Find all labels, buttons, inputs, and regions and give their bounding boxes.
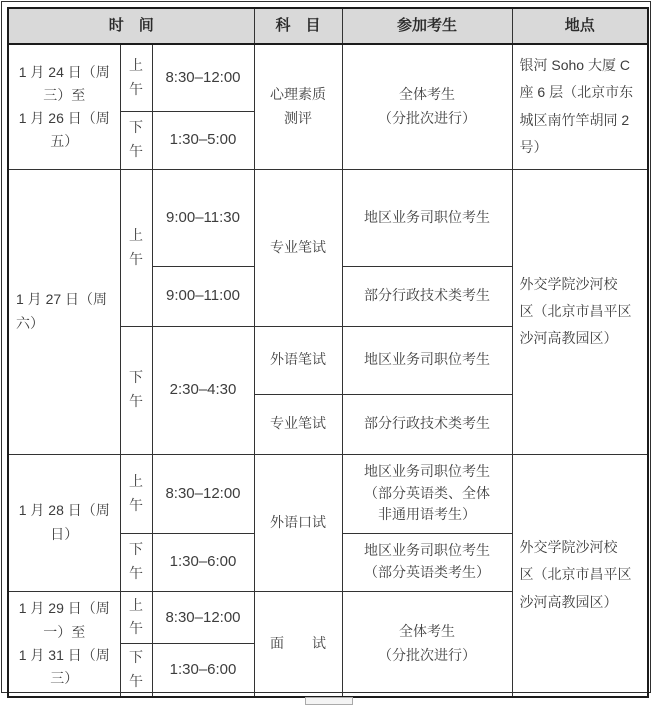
exam-schedule-table: 时 间 科 目 参加考生 地点 1 月 24 日（周 三）至 1 月 26 日（… [7, 7, 649, 698]
period-am: 上 午 [120, 454, 152, 533]
header-time: 时 间 [8, 8, 254, 44]
subject-cell-written-pro-2: 专业笔试 [254, 394, 342, 454]
candidates-cell: 全体考生 （分批次进行） [342, 591, 512, 697]
subject-cell-written-foreign: 外语笔试 [254, 326, 342, 394]
candidates-cell: 部分行政技术类考生 [342, 266, 512, 326]
header-location: 地点 [512, 8, 648, 44]
table-row: 1 月 28 日（周 日） 上 午 8:30–12:00 外语口试 地区业务司职… [8, 454, 648, 533]
time-cell: 1:30–5:00 [152, 111, 254, 169]
time-cell: 1:30–6:00 [152, 644, 254, 697]
date-cell-jan29-31: 1 月 29 日（周 一）至 1 月 31 日（周 三） [8, 591, 120, 697]
header-candidates: 参加考生 [342, 8, 512, 44]
candidates-cell: 部分行政技术类考生 [342, 394, 512, 454]
period-pm: 下 午 [120, 111, 152, 169]
subject-cell-interview: 面 试 [254, 591, 342, 697]
period-pm: 下 午 [120, 644, 152, 697]
time-cell: 8:30–12:00 [152, 454, 254, 533]
time-cell: 2:30–4:30 [152, 326, 254, 454]
location-cell-shahe-1: 外交学院沙河校 区（北京市昌平区 沙河高教园区） [512, 169, 648, 454]
header-subject: 科 目 [254, 8, 342, 44]
candidates-cell: 地区业务司职位考生 （部分英语类、全体 非通用语考生） [342, 454, 512, 533]
period-am: 上 午 [120, 169, 152, 326]
date-cell-jan28: 1 月 28 日（周 日） [8, 454, 120, 591]
time-cell: 9:00–11:30 [152, 169, 254, 266]
location-cell-soho: 银河 Soho 大厦 C 座 6 层（北京市东 城区南竹竿胡同 2 号） [512, 44, 648, 169]
candidates-cell: 地区业务司职位考生 [342, 326, 512, 394]
time-cell: 9:00–11:00 [152, 266, 254, 326]
time-cell: 1:30–6:00 [152, 533, 254, 591]
location-cell-shahe-2: 外交学院沙河校 区（北京市昌平区 沙河高教园区） [512, 454, 648, 697]
candidates-cell: 地区业务司职位考生 [342, 169, 512, 266]
candidates-cell: 全体考生 （分批次进行） [342, 44, 512, 169]
table-header-row: 时 间 科 目 参加考生 地点 [8, 8, 648, 44]
table-row: 1 月 27 日（周 六） 上 午 9:00–11:30 专业笔试 地区业务司职… [8, 169, 648, 266]
time-cell: 8:30–12:00 [152, 44, 254, 111]
subject-cell-psych-test: 心理素质 测评 [254, 44, 342, 169]
subject-cell-written-pro: 专业笔试 [254, 169, 342, 326]
period-am: 上 午 [120, 44, 152, 111]
period-pm: 下 午 [120, 326, 152, 454]
period-am: 上 午 [120, 591, 152, 644]
subject-cell-oral-foreign: 外语口试 [254, 454, 342, 591]
date-cell-jan24-26: 1 月 24 日（周 三）至 1 月 26 日（周 五） [8, 44, 120, 169]
date-cell-jan27: 1 月 27 日（周 六） [8, 169, 120, 454]
period-pm: 下 午 [120, 533, 152, 591]
clipped-page-artifact [305, 697, 353, 705]
candidates-cell: 地区业务司职位考生 （部分英语类考生） [342, 533, 512, 591]
table-row: 1 月 24 日（周 三）至 1 月 26 日（周 五） 上 午 8:30–12… [8, 44, 648, 111]
time-cell: 8:30–12:00 [152, 591, 254, 644]
